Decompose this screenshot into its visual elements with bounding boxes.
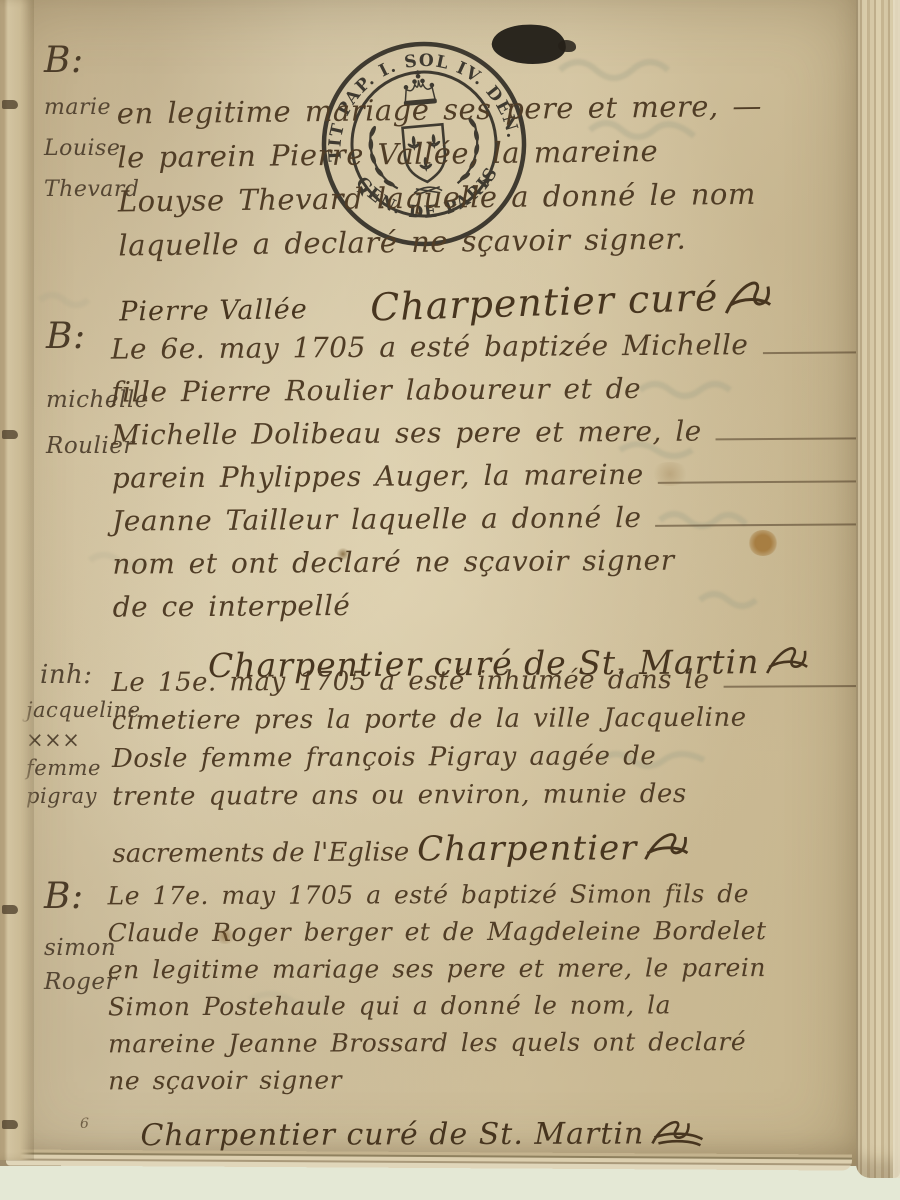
book-spine: [0, 0, 34, 1160]
signature-flourish-icon: [722, 275, 775, 322]
entry-line: fille Pierre Roulier laboureur et de: [111, 370, 867, 418]
register-entry-3: Le 15e. may 1705 a esté inhumée dans le …: [111, 664, 872, 866]
page-number-mark: 6: [80, 1116, 89, 1132]
priest-signature: Charpentier curé de St. Martin: [140, 1116, 644, 1153]
paper-stain: [214, 928, 236, 944]
entry-line: Simon Postehaule qui a donné le nom, la: [108, 990, 872, 1030]
signature-flourish-icon: [648, 1115, 704, 1151]
binding-stitch: [2, 100, 18, 109]
margin-initial: B:: [44, 40, 140, 81]
binding-stitch: [2, 430, 18, 439]
register-entry-4: Le 17e. may 1705 a esté baptizé Simon fi…: [108, 879, 873, 1154]
paper-stain: [336, 548, 350, 560]
entry-line: Le 17e. may 1705 a esté baptizé Simon fi…: [108, 879, 872, 919]
binding-stitch: [2, 905, 18, 914]
entry-line: ne sçavoir signer: [108, 1064, 872, 1104]
entry-line: cimetiere pres la porte de la ville Jacq…: [112, 702, 872, 744]
entry-line: Michelle Dolibeau ses pere et mere, le: [111, 413, 867, 461]
page-edge-highlight: [893, 0, 900, 1178]
entry-line: trente quatre ans ou environ, munie des: [112, 778, 872, 820]
entry-line: Le 15e. may 1705 a esté inhumée dans le: [111, 664, 871, 706]
entry-line: en legitime mariage ses pere et mere, le…: [108, 953, 872, 993]
margin-initial: B:: [44, 876, 117, 917]
entry-line: parein Phylippes Auger, la mareine: [112, 456, 868, 504]
priest-signature: Charpentier curé: [369, 275, 718, 329]
binding-stitch: [2, 1120, 18, 1129]
margin-note-entry4: B: simon Roger: [44, 876, 117, 995]
entry-line: sacrements de l'Eglise: [112, 837, 409, 869]
register-entry-1: en legitime mariage ses pere et mere, — …: [117, 87, 862, 329]
margin-surname: Roger: [44, 969, 117, 995]
margin-name: simon: [44, 935, 117, 961]
page-edges-right: [856, 0, 900, 1178]
entry-line: de ce interpellé: [113, 585, 869, 633]
paper-stain: [748, 530, 778, 556]
page-bottom-edge: [6, 1149, 852, 1170]
parchment-page: PETIT PAP. I. SOL IV. DEN. LA GEN. DE PA…: [0, 0, 858, 1166]
signature-flourish-icon: [641, 825, 689, 867]
entry-line: mareine Jeanne Brossard les quels ont de…: [108, 1027, 872, 1067]
paper-stain: [650, 462, 690, 486]
manuscript-scan: PETIT PAP. I. SOL IV. DEN. LA GEN. DE PA…: [0, 0, 900, 1200]
register-entry-2: Le 6e. may 1705 a esté baptizée Michelle…: [111, 327, 869, 685]
priest-signature-inline: Charpentier: [417, 828, 637, 869]
godfather-signature: Pierre Vallée: [119, 294, 308, 327]
entry-line: Dosle femme françois Pigray aagée de: [112, 740, 872, 782]
entry-line: Le 6e. may 1705 a esté baptizée Michelle: [111, 327, 867, 375]
entry-line: laquelle a declaré ne sçavoir signer.: [118, 219, 860, 272]
ink-blot-small: [558, 40, 576, 52]
